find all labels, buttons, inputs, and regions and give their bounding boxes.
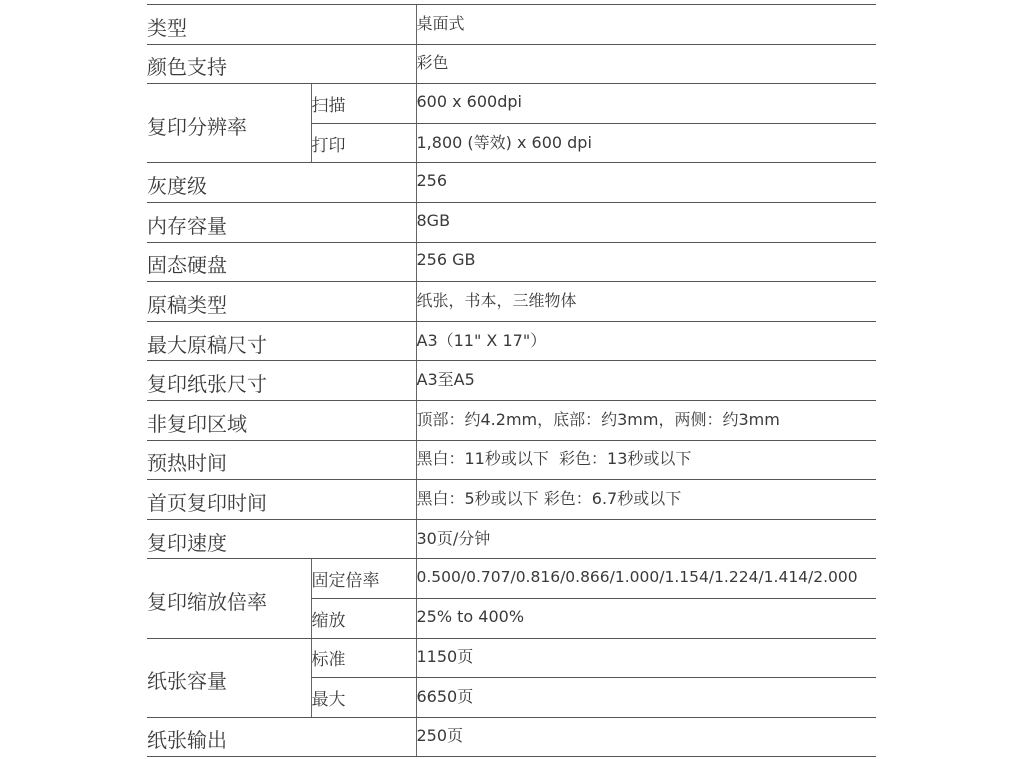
table-row-type: 类型 桌面式 — [147, 5, 876, 45]
row-value: A3至A5 — [417, 370, 475, 389]
row-sublabel: 标准 — [311, 638, 416, 678]
row-value: 8GB — [417, 211, 451, 230]
table-row-ssd: 固态硬盘 256 GB — [147, 242, 876, 282]
table-row-grayscale: 灰度级 256 — [147, 163, 876, 203]
row-value: A3（11" X 17"） — [417, 331, 547, 350]
row-value: 25% to 400% — [417, 607, 525, 626]
row-value: 顶部：约4.2mm，底部：约3mm，两侧：约3mm — [417, 410, 780, 429]
row-label: 灰度级 — [147, 174, 207, 198]
row-value: 1,800 (等效) x 600 dpi — [417, 133, 592, 152]
row-sublabel: 缩放 — [311, 598, 416, 638]
row-value: 6650页 — [417, 687, 474, 706]
table-row-paper-capacity: 纸张容量 标准 1150页 — [147, 638, 876, 678]
table-row-paper-output: 纸张输出 250页 — [147, 717, 876, 757]
row-value: 黑白：11秒或以下 彩色：13秒或以下 — [417, 449, 692, 468]
table-row-copy-speed: 复印速度 30页/分钟 — [147, 519, 876, 559]
row-sublabel: 扫描 — [311, 84, 416, 124]
row-label: 复印分辨率 — [147, 115, 247, 139]
table-row-color-support: 颜色支持 彩色 — [147, 44, 876, 84]
row-value: 桌面式 — [417, 14, 465, 33]
row-value: 256 GB — [417, 250, 476, 269]
row-label: 复印缩放倍率 — [147, 590, 267, 614]
row-sublabel: 最大 — [311, 678, 416, 718]
row-sublabel: 打印 — [311, 123, 416, 163]
row-label: 最大原稿尺寸 — [147, 333, 267, 357]
row-label: 类型 — [147, 16, 187, 40]
row-label: 非复印区域 — [147, 412, 247, 436]
row-value: 256 — [417, 171, 448, 190]
row-value: 30页/分钟 — [417, 529, 491, 548]
row-label: 内存容量 — [147, 214, 227, 238]
row-label: 固态硬盘 — [147, 253, 227, 277]
row-label: 首页复印时间 — [147, 491, 267, 515]
row-value: 250页 — [417, 726, 464, 745]
row-label: 预热时间 — [147, 451, 227, 475]
row-label: 原稿类型 — [147, 293, 227, 317]
row-value: 600 x 600dpi — [417, 92, 522, 111]
table-row-original-type: 原稿类型 纸张，书本，三维物体 — [147, 282, 876, 322]
row-label: 复印纸张尺寸 — [147, 372, 267, 396]
row-value: 黑白：5秒或以下 彩色：6.7秒或以下 — [417, 489, 682, 508]
table-row-memory: 内存容量 8GB — [147, 202, 876, 242]
row-value: 0.500/0.707/0.816/0.866/1.000/1.154/1.22… — [417, 568, 858, 586]
row-label: 颜色支持 — [147, 55, 227, 79]
row-label: 纸张输出 — [147, 728, 227, 752]
table-row-non-copy-area: 非复印区域 顶部：约4.2mm，底部：约3mm，两侧：约3mm — [147, 400, 876, 440]
row-value: 纸张，书本，三维物体 — [417, 291, 577, 310]
row-value: 彩色 — [417, 53, 449, 72]
row-value: 1150页 — [417, 647, 474, 666]
row-label: 纸张容量 — [147, 669, 227, 693]
table-row-copy-resolution: 复印分辨率 扫描 600 x 600dpi — [147, 84, 876, 124]
table-row-first-copy-time: 首页复印时间 黑白：5秒或以下 彩色：6.7秒或以下 — [147, 480, 876, 520]
row-sublabel: 固定倍率 — [311, 559, 416, 599]
table-row-warmup-time: 预热时间 黑白：11秒或以下 彩色：13秒或以下 — [147, 440, 876, 480]
table-row-max-original-size: 最大原稿尺寸 A3（11" X 17"） — [147, 321, 876, 361]
row-label: 复印速度 — [147, 531, 227, 555]
table-row-copy-paper-size: 复印纸张尺寸 A3至A5 — [147, 361, 876, 401]
spec-table: 类型 桌面式 颜色支持 彩色 复印分辨率 扫描 600 x 600dpi 打印 … — [147, 4, 876, 757]
table-row-zoom-ratio: 复印缩放倍率 固定倍率 0.500/0.707/0.816/0.866/1.00… — [147, 559, 876, 599]
